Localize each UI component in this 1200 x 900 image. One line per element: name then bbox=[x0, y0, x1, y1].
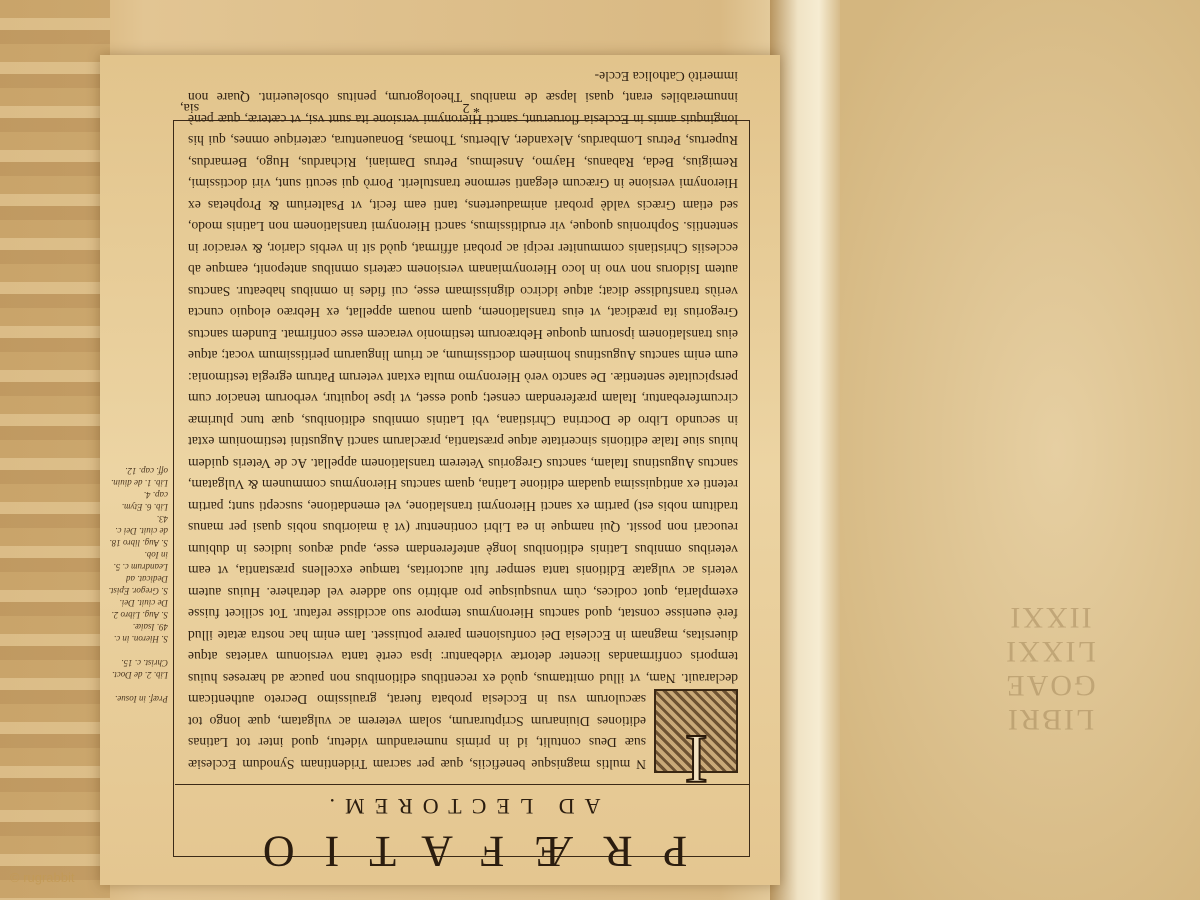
ghosted-text-bleed: LIBRI GOAE LIXXI IIXXI bbox=[940, 600, 1160, 736]
page-title: PRÆFATIO bbox=[200, 826, 720, 877]
watermark: © rugrabbit bbox=[10, 870, 75, 885]
margin-notes: Præf. in Iosue. Lib. 2. de Doct. Christ.… bbox=[106, 465, 168, 705]
title-rule bbox=[175, 784, 750, 785]
printed-page: PRÆFATIO AD LECTOREM. I N multis magnisq… bbox=[100, 55, 780, 885]
facing-blank-page bbox=[840, 0, 1200, 900]
torn-page-edges bbox=[0, 0, 110, 900]
page-content-upside-down: PRÆFATIO AD LECTOREM. I N multis magnisq… bbox=[100, 55, 780, 885]
book-gutter bbox=[770, 0, 840, 900]
body-text-block: I N multis magnisque beneficiis, quæ per… bbox=[188, 66, 738, 776]
signature-mark: * 2 bbox=[463, 99, 481, 115]
body-text: N multis magnisque beneficiis, quæ per s… bbox=[188, 69, 738, 772]
drop-cap-woodcut: I bbox=[654, 689, 738, 773]
catchword: sia, bbox=[180, 99, 199, 115]
page-subtitle: AD LECTOREM. bbox=[200, 793, 720, 819]
